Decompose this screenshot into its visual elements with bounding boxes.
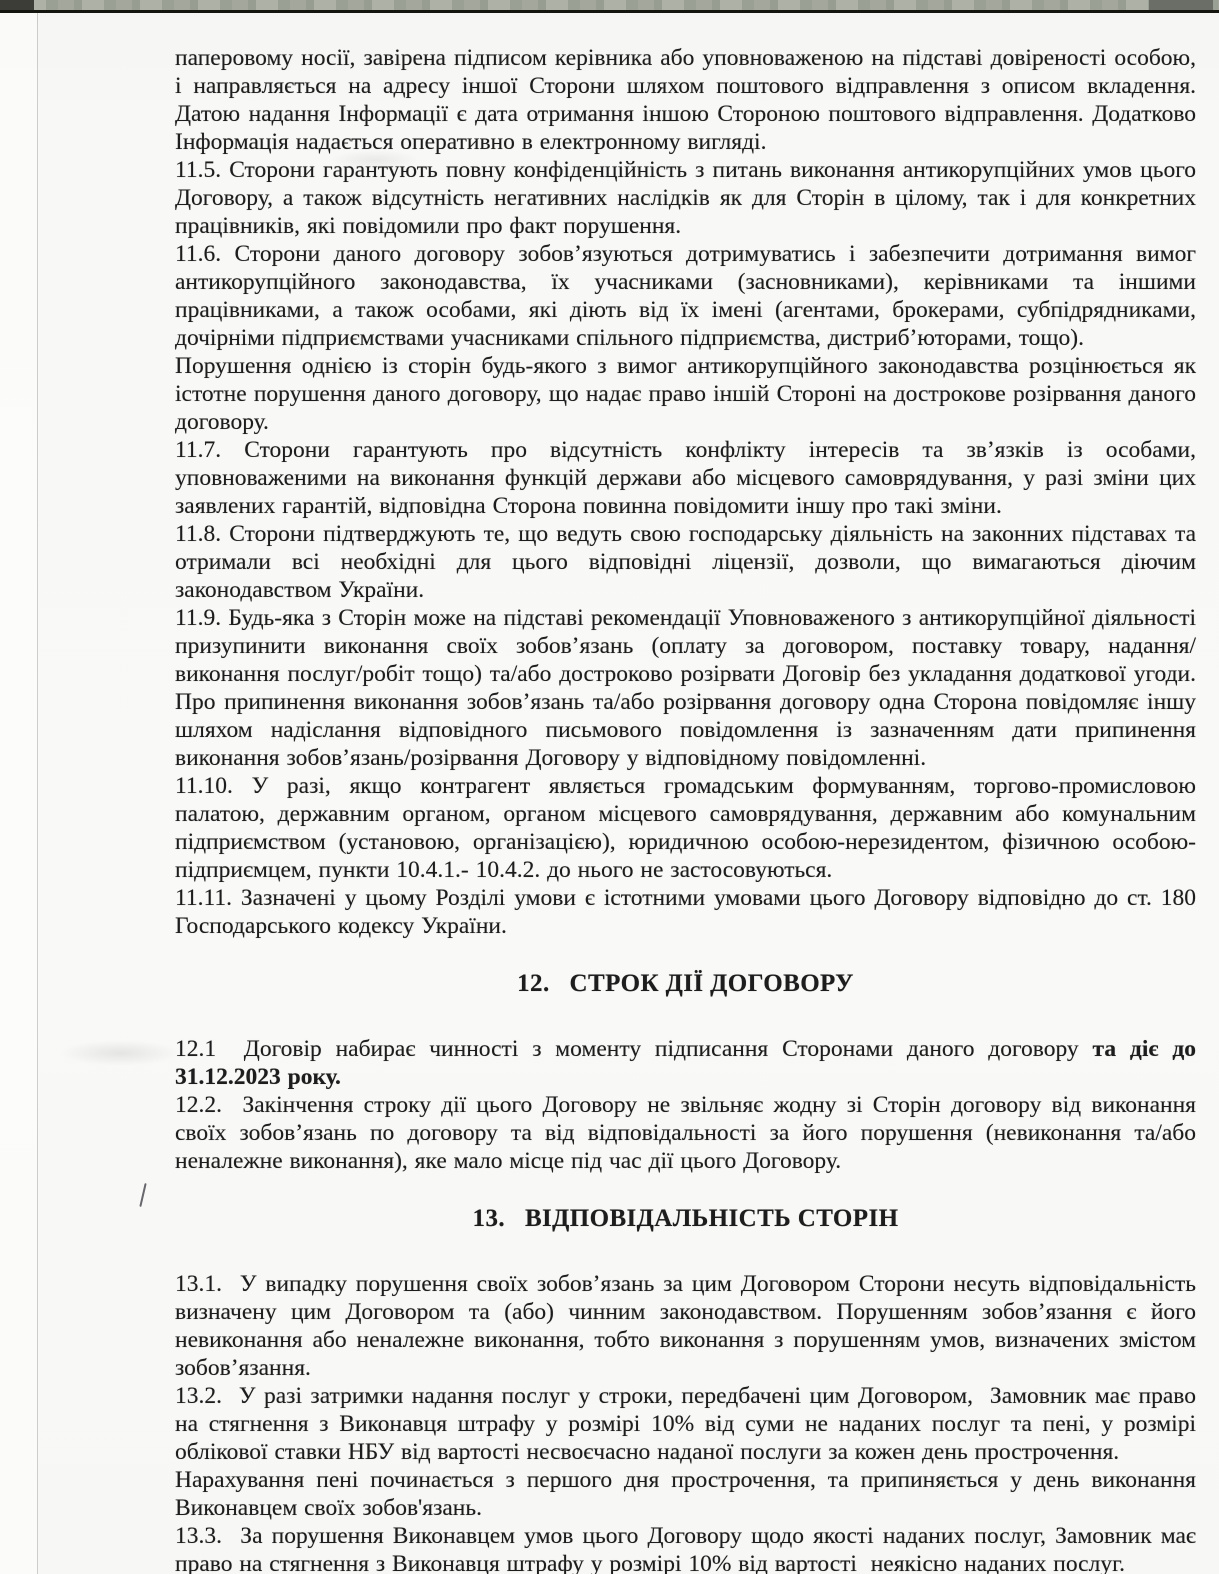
- paragraph: 13.3. За порушення Виконавцем умов цього…: [175, 1522, 1196, 1574]
- paragraph: 12.1 Договір набирає чинності з моменту …: [175, 1035, 1196, 1091]
- text-run: 11.7. Сторони гарантують про відсутність…: [175, 437, 1196, 519]
- section-heading: 13. ВІДПОВІДАЛЬНІСТЬ СТОРІН: [175, 1204, 1196, 1234]
- paragraph: 13.1. У випадку порушення своїх зобов’яз…: [175, 1270, 1196, 1382]
- text-run: Порушення однією із сторін будь-якого з …: [175, 353, 1196, 435]
- text-run: 12. СТРОК ДІЇ ДОГОВОРУ: [517, 970, 854, 997]
- paragraph: 11.8. Сторони підтверджують те, що ведут…: [175, 520, 1196, 604]
- text-run: 13.3. За порушення Виконавцем умов цього…: [175, 1523, 1196, 1574]
- paragraph: 11.6. Сторони даного договору зобов’язую…: [175, 240, 1196, 352]
- paragraph: 11.11. Зазначені у цьому Розділі умови є…: [175, 884, 1196, 940]
- text-run: 13. ВІДПОВІДАЛЬНІСТЬ СТОРІН: [473, 1205, 899, 1232]
- pen-mark: [139, 1183, 146, 1207]
- text-run: 11.8. Сторони підтверджують те, що ведут…: [175, 521, 1196, 603]
- paragraph: 13.2. У разі затримки надання послуг у с…: [175, 1382, 1196, 1466]
- text-run: 11.11. Зазначені у цьому Розділі умови є…: [175, 885, 1196, 939]
- scanner-edge-strip-dark-left: [0, 0, 34, 10]
- paragraph: 12.2. Закінчення строку дії цього Догово…: [175, 1091, 1196, 1175]
- paragraph: паперовому носії, завірена підписом кері…: [175, 44, 1196, 156]
- text-run: 13.2. У разі затримки надання послуг у с…: [175, 1383, 1196, 1465]
- document-body: паперовому носії, завірена підписом кері…: [175, 44, 1196, 1574]
- text-run: 11.5. Сторони гарантують повну конфіденц…: [175, 157, 1196, 239]
- scanned-document-page: паперовому носії, завірена підписом кері…: [0, 0, 1219, 1574]
- page-left-margin-area: [0, 13, 37, 1574]
- text-run: 13.1. У випадку порушення своїх зобов’яз…: [175, 1271, 1196, 1381]
- page-edge-line: [37, 13, 38, 1574]
- paragraph: 11.5. Сторони гарантують повну конфіденц…: [175, 156, 1196, 240]
- scanner-edge-strip: [0, 0, 1219, 13]
- paragraph: 11.9. Будь-яка з Сторін може на підставі…: [175, 604, 1196, 772]
- scanner-edge-strip-dark-right: [1149, 0, 1213, 10]
- text-run: 11.10. У разі, якщо контрагент являється…: [175, 773, 1196, 883]
- text-run: Нарахування пені починається з першого д…: [175, 1467, 1196, 1521]
- text-run: 12.1 Договір набирає чинності з моменту …: [175, 1036, 1093, 1062]
- text-run: 12.2. Закінчення строку дії цього Догово…: [175, 1092, 1196, 1174]
- paragraph: Порушення однією із сторін будь-якого з …: [175, 352, 1196, 436]
- paragraph: 11.10. У разі, якщо контрагент являється…: [175, 772, 1196, 884]
- paragraph: 11.7. Сторони гарантують про відсутність…: [175, 436, 1196, 520]
- text-run: 11.9. Будь-яка з Сторін може на підставі…: [175, 605, 1196, 771]
- section-heading: 12. СТРОК ДІЇ ДОГОВОРУ: [175, 969, 1196, 999]
- text-run: паперовому носії, завірена підписом кері…: [175, 45, 1196, 155]
- photocopy-smudge: [60, 1040, 180, 1066]
- text-run: 11.6. Сторони даного договору зобов’язую…: [175, 241, 1196, 351]
- paragraph: Нарахування пені починається з першого д…: [175, 1466, 1196, 1522]
